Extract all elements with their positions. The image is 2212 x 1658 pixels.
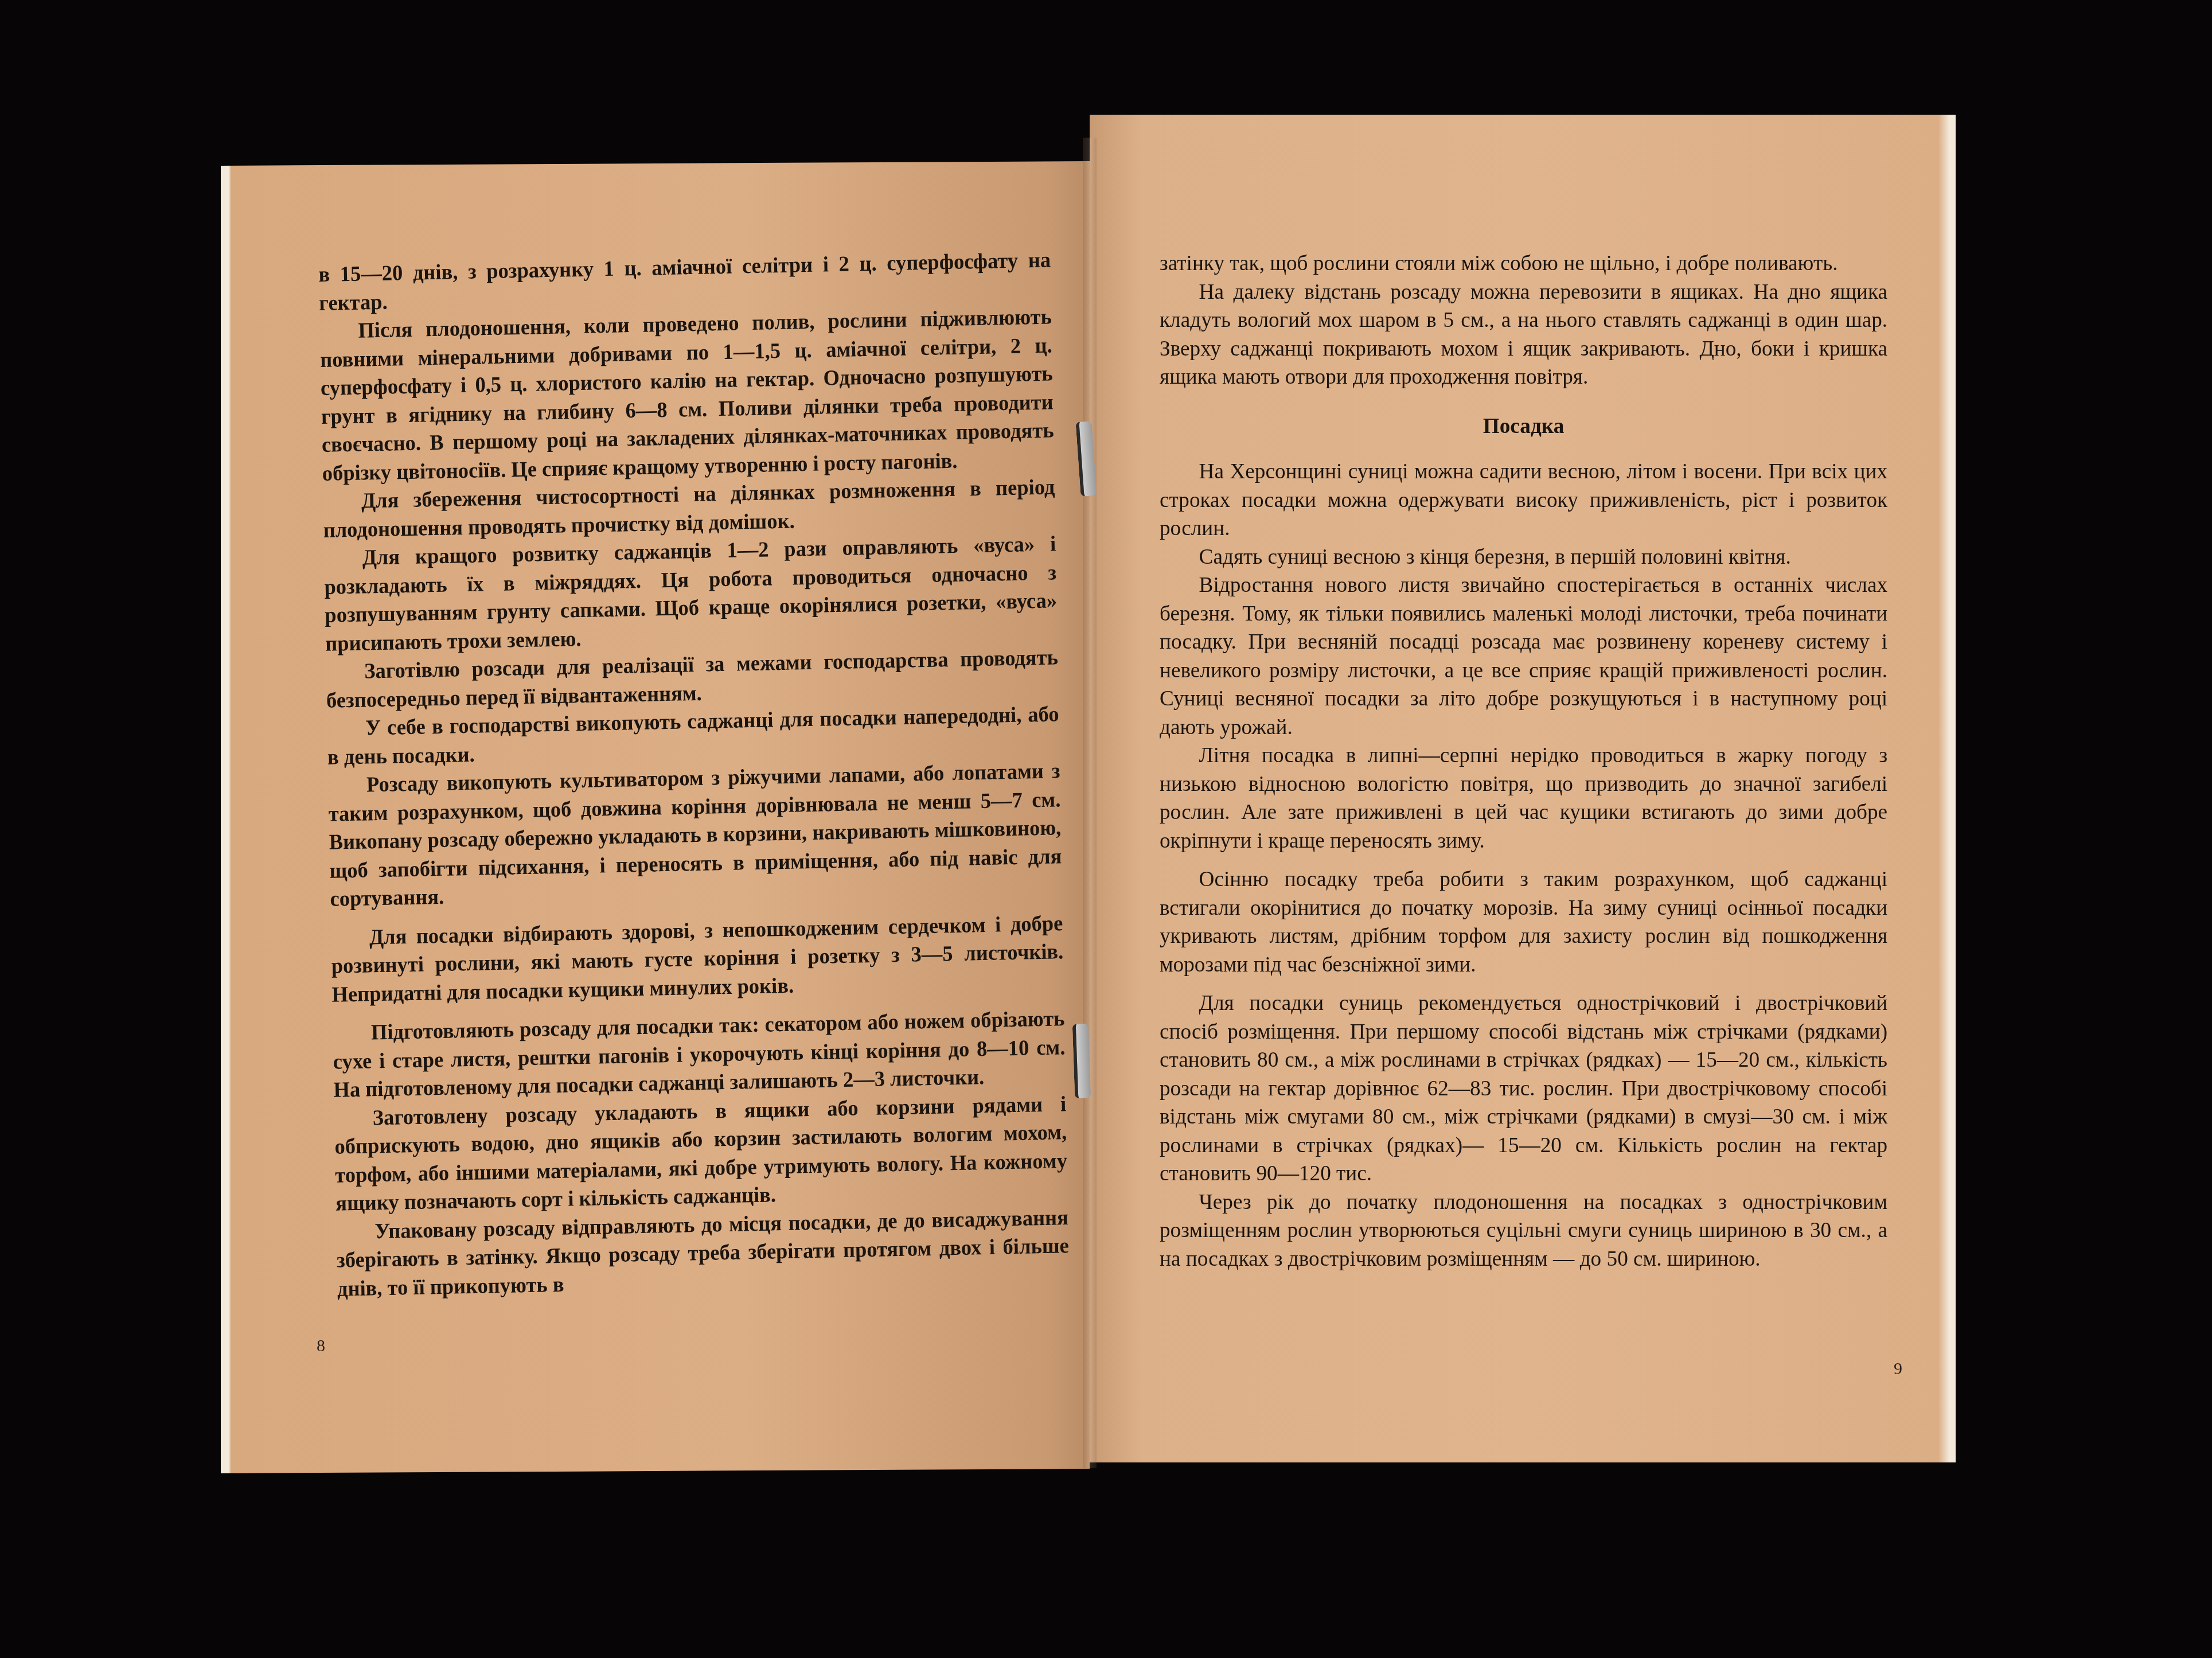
- paragraph: На Херсонщині суниці можна садити весною…: [1160, 458, 1887, 543]
- paragraph: Через рік до початку плодоношення на пос…: [1160, 1188, 1887, 1274]
- paragraph: На далеку відстань розсаду можна перевоз…: [1160, 278, 1887, 392]
- paragraph: Підготовляють розсаду для посадки так: с…: [332, 1005, 1066, 1105]
- right-page-text: затінку так, щоб рослини стояли між собо…: [1160, 249, 1887, 1273]
- book-spine: [1083, 138, 1097, 1468]
- paragraph: Розсаду викопують культиватором з ріжучи…: [327, 757, 1062, 914]
- paragraph: Для посадки відбирають здорові, з непошк…: [330, 910, 1064, 1009]
- paragraph: Садять суниці весною з кінця березня, в …: [1160, 543, 1887, 572]
- left-page-text: в 15—20 днів, з розрахунку 1 ц. аміачної…: [318, 246, 1070, 1303]
- page-number-right: 9: [1894, 1359, 1902, 1379]
- page-number-left: 8: [317, 1336, 325, 1356]
- paragraph: Осінню посадку треба робити з таким розр…: [1160, 865, 1887, 979]
- paragraph: Для кращого розвитку саджанців 1—2 рази …: [323, 530, 1058, 658]
- section-heading: Посадка: [1160, 412, 1887, 441]
- paragraph: Заготовлену розсаду укладають в ящики аб…: [334, 1090, 1068, 1218]
- staple-bottom-icon: [1072, 1024, 1091, 1099]
- paragraph: затінку так, щоб рослини стояли між собо…: [1160, 249, 1887, 278]
- paragraph: Після плодоношення, коли проведено полив…: [319, 303, 1055, 487]
- paragraph: Для посадки суниць рекомендується одност…: [1160, 989, 1887, 1188]
- paragraph: Відростання нового листя звичайно спосте…: [1160, 571, 1887, 742]
- paragraph: Літня посадка в липні—серпні нерідко про…: [1160, 742, 1887, 855]
- paragraph: Упаковану розсаду відправляють до місця …: [336, 1204, 1070, 1304]
